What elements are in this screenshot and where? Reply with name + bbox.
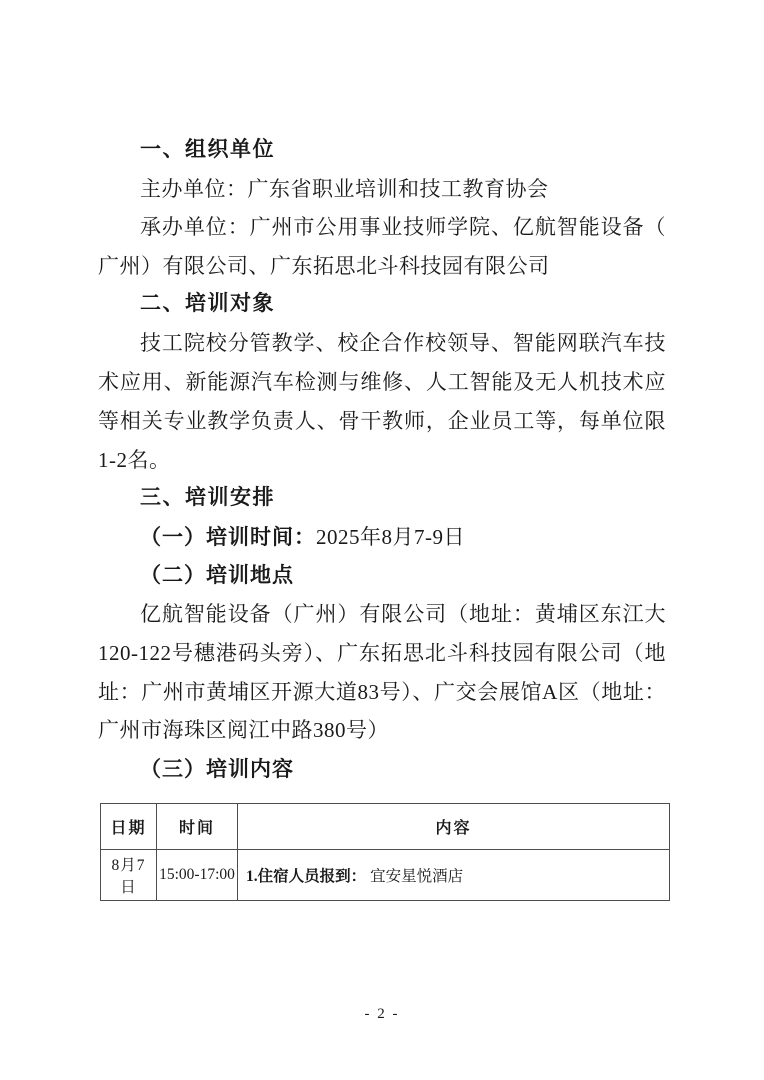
trainee-line-3: 等相关专业教学负责人、骨干教师，企业员工等，每单位限报: [98, 402, 666, 441]
table-header-row: 日期 时间 内容: [101, 804, 670, 850]
training-content-heading: （三）培训内容: [98, 750, 666, 789]
table-row: 8月7日 15:00-17:00 1.住宿人员报到：宜安星悦酒店: [101, 850, 670, 901]
training-time-value: 2025年8月7-9日: [316, 525, 465, 549]
trainee-line-2: 术应用、新能源汽车检测与维修、人工智能及无人机技术应用: [98, 363, 666, 402]
section-1-heading: 一、组织单位: [98, 131, 666, 170]
table-header-content: 内容: [238, 804, 670, 850]
table-cell-content: 1.住宿人员报到：宜安星悦酒店: [238, 850, 670, 901]
document-body: 一、组织单位 主办单位：广东省职业培训和技工教育协会 承办单位：广州市公用事业技…: [98, 131, 666, 901]
trainee-line-1: 技工院校分管教学、校企合作校领导、智能网联汽车技: [98, 324, 666, 363]
trainee-line-4: 1-2名。: [98, 441, 666, 480]
content-hotel-name: 宜安星悦酒店: [370, 868, 463, 885]
organizer-line-2: 广州）有限公司、广东拓思北斗科技园有限公司: [98, 247, 666, 286]
page-number: - 2 -: [0, 1003, 764, 1025]
training-location-heading: （二）培训地点: [98, 556, 666, 595]
section-2-heading: 二、培训对象: [98, 285, 666, 324]
table-header-date: 日期: [101, 804, 157, 850]
organizer-line-1: 承办单位：广州市公用事业技师学院、亿航智能设备（: [98, 208, 666, 247]
host-unit-line: 主办单位：广东省职业培训和技工教育协会: [98, 170, 666, 209]
table-cell-date: 8月7日: [101, 850, 157, 901]
content-bold-label: 1.住宿人员报到：: [246, 868, 366, 885]
location-line-4: 广州市海珠区阅江中路380号）: [98, 711, 666, 750]
location-line-1: 亿航智能设备（广州）有限公司（地址：黄埔区东江大道: [98, 595, 666, 634]
location-line-2: 120-122号穗港码头旁）、广东拓思北斗科技园有限公司（地: [98, 634, 666, 673]
table-cell-time: 15:00-17:00: [157, 850, 238, 901]
training-time-label: （一）培训时间：: [140, 525, 316, 549]
table-header-time: 时间: [157, 804, 238, 850]
section-3-heading: 三、培训安排: [98, 479, 666, 518]
document-page: 一、组织单位 主办单位：广东省职业培训和技工教育协会 承办单位：广州市公用事业技…: [0, 0, 764, 1080]
training-schedule-table: 日期 时间 内容 8月7日 15:00-17:00 1.住宿人员报到：宜安星悦酒…: [100, 803, 670, 901]
training-time-line: （一）培训时间：2025年8月7-9日: [98, 518, 666, 557]
location-line-3: 址：广州市黄埔区开源大道83号）、广交会展馆A区（地址：: [98, 673, 666, 712]
